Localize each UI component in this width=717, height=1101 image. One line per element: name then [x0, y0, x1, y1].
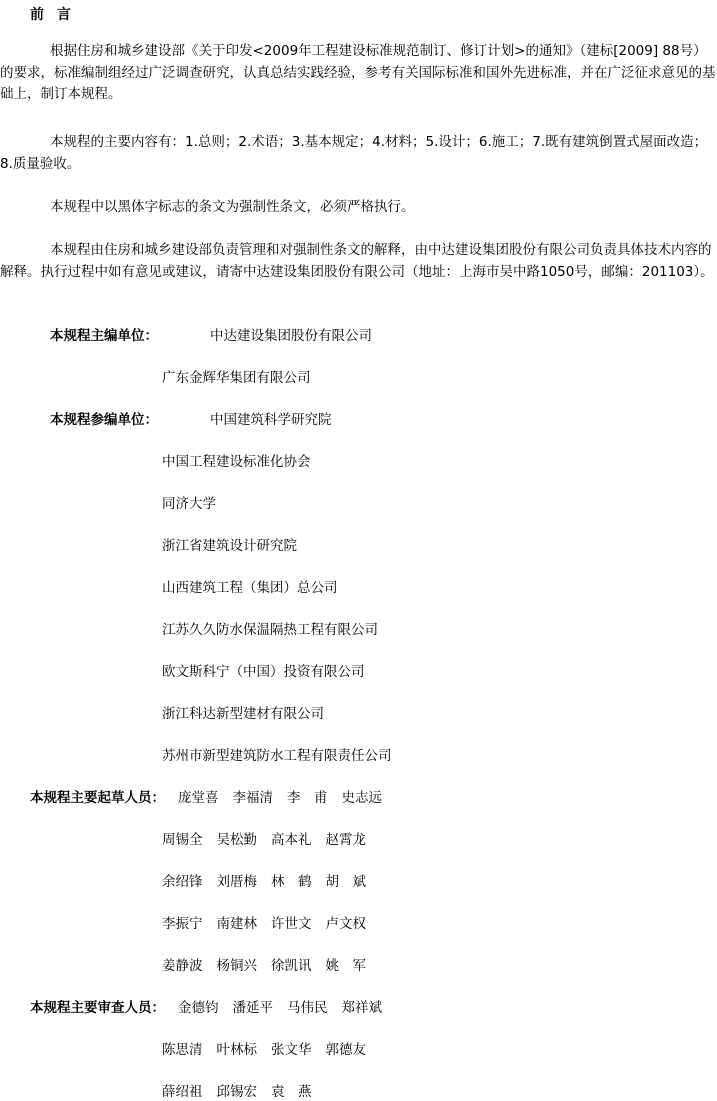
person-name: 吴松勤: [217, 830, 258, 851]
participating-unit-item: 同济大学: [162, 494, 216, 515]
reviewers-label: 本规程主要审查人员：: [30, 998, 165, 1019]
paragraph-interpretation: 本规程由住房和城乡建设部负责管理和对强制性条文的解释，由中达建设集团股份有限公司…: [0, 240, 717, 283]
person-name: 胡 斌: [326, 872, 367, 893]
participating-unit-item: 苏州市新型建筑防水工程有限责任公司: [162, 746, 392, 767]
drafters-row: 周锡全吴松勤高本礼赵霄龙: [162, 830, 380, 851]
drafters-row: 姜静波杨铜兴徐凯讯姚 军: [162, 956, 380, 977]
participating-unit-item: 欧文斯科宁（中国）投资有限公司: [162, 662, 365, 683]
drafters-row: 李振宁南建林许世文卢文权: [162, 914, 380, 935]
person-name: 袁 燕: [271, 1082, 312, 1101]
participating-unit-item: 山西建筑工程（集团）总公司: [162, 578, 338, 599]
person-name: 叶林标: [217, 1040, 258, 1061]
person-name: 史志远: [342, 788, 383, 809]
person-name: 赵霄龙: [326, 830, 367, 851]
participating-unit-item: 中国建筑科学研究院: [210, 410, 332, 431]
person-name: 潘延平: [233, 998, 274, 1019]
person-name: 高本礼: [271, 830, 312, 851]
person-name: 薛绍祖: [162, 1082, 203, 1101]
person-name: 徐凯讯: [271, 956, 312, 977]
drafters-row: 庞堂喜李福清李 甫史志远: [178, 788, 396, 809]
person-name: 马伟民: [287, 998, 328, 1019]
reviewers-row: 金德钧潘延平马伟民郑祥斌: [178, 998, 396, 1019]
person-name: 李 甫: [287, 788, 328, 809]
participating-unit-item: 浙江科达新型建材有限公司: [162, 704, 324, 725]
reviewers-row: 陈思清叶林标张文华郭德友: [162, 1040, 380, 1061]
chief-unit-item: 广东金辉华集团有限公司: [162, 368, 311, 389]
person-name: 林 鹤: [271, 872, 312, 893]
participating-units-label: 本规程参编单位：: [50, 410, 158, 431]
person-name: 李振宁: [162, 914, 203, 935]
person-name: 杨铜兴: [217, 956, 258, 977]
person-name: 周锡全: [162, 830, 203, 851]
person-name: 邱锡宏: [217, 1082, 258, 1101]
person-name: 南建林: [217, 914, 258, 935]
person-name: 张文华: [271, 1040, 312, 1061]
reviewers-row: 薛绍祖邱锡宏袁 燕: [162, 1082, 326, 1101]
chief-unit-item: 中达建设集团股份有限公司: [210, 326, 372, 347]
participating-unit-item: 江苏久久防水保温隔热工程有限公司: [162, 620, 378, 641]
person-name: 卢文权: [326, 914, 367, 935]
paragraph-contents: 本规程的主要内容有：1.总则；2.术语；3.基本规定；4.材料；5.设计；6.施…: [0, 132, 717, 175]
person-name: 庞堂喜: [178, 788, 219, 809]
person-name: 刘厝梅: [217, 872, 258, 893]
person-name: 许世文: [271, 914, 312, 935]
participating-unit-item: 中国工程建设标准化协会: [162, 452, 311, 473]
chief-units-label: 本规程主编单位：: [50, 326, 158, 347]
person-name: 姜静波: [162, 956, 203, 977]
person-name: 陈思清: [162, 1040, 203, 1061]
page-title: 前 言: [30, 4, 75, 24]
drafters-row: 余绍锋刘厝梅林 鹤胡 斌: [162, 872, 380, 893]
person-name: 余绍锋: [162, 872, 203, 893]
person-name: 李福清: [233, 788, 274, 809]
participating-unit-item: 浙江省建筑设计研究院: [162, 536, 297, 557]
person-name: 郑祥斌: [342, 998, 383, 1019]
drafters-label: 本规程主要起草人员：: [30, 788, 165, 809]
paragraph-background: 根据住房和城乡建设部《关于印发<2009年工程建设标准规范制订、修订计划>的通知…: [0, 41, 717, 106]
paragraph-mandatory: 本规程中以黑体字标志的条文为强制性条文，必须严格执行。: [0, 197, 717, 219]
person-name: 金德钧: [178, 998, 219, 1019]
person-name: 姚 军: [326, 956, 367, 977]
person-name: 郭德友: [326, 1040, 367, 1061]
